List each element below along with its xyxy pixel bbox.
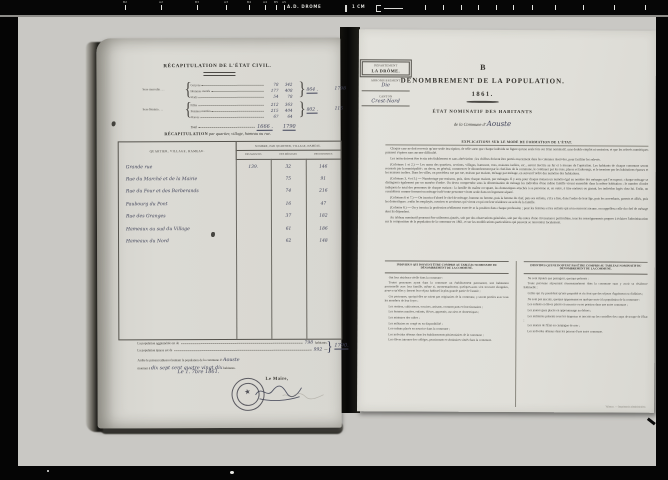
explication-paragraph: (Colonnes 6 et 7.) — On inscrira d'abord… [385, 195, 648, 205]
ruler-tick [471, 0, 485, 10]
pencil-squiggle-icon [282, 391, 326, 401]
ink-blot [112, 121, 116, 126]
date-handwritten: Le 1. 7bre 1861. [177, 369, 219, 375]
table-row: Hameaux du Nord 62 148 [119, 235, 341, 248]
scale-dash-icon [384, 8, 403, 10]
explication-paragraph: Chaque case ne doit recevoir qu'une seul… [385, 146, 648, 156]
group-total: 802 . [307, 108, 318, 114]
table-row: Faubourg du Pont 16 47 [119, 198, 341, 211]
right-page: DÉPARTEMENT LA DRÔME. ARRONDISSEMENT Die… [357, 29, 656, 413]
mairie-stamp: ★ [228, 375, 267, 414]
column-item: Les enfants placés en nourrice dans la c… [384, 327, 508, 332]
maire-label: Le Maire, [265, 376, 288, 381]
table-row: Rue du Marché et de la Mairie 75 91 [119, 173, 341, 186]
etat-civil-row: Veufs 54 78 [191, 94, 293, 100]
column-item: Ont leur résidence réelle dans la commun… [385, 275, 509, 280]
ruler-tick [607, 0, 621, 10]
ruler-tick [638, 0, 652, 10]
col-header-menages: DES MÉNAGES [271, 150, 306, 160]
pencil-note [282, 388, 326, 406]
instruction-columns: INDIVIDUS QUI DOIVENT ÊTRE COMPRIS AU TA… [384, 260, 648, 407]
total-label: Total [191, 125, 197, 129]
column-item: Les militaires en congé ou en disponibil… [384, 321, 508, 326]
table-row: Rue du Four et des Barberands 74 216 [119, 185, 341, 198]
column-right-header: INDIVIDUS QUI NE DOIVENT PAS ÊTRE COMPRI… [524, 261, 648, 274]
attestation: Arrête le présent tableau résumant la po… [137, 357, 337, 373]
column-item: Toutes personnes ayant dans la commune u… [385, 281, 509, 294]
scale-label: 1 CM [352, 4, 365, 9]
quartier-table: QUARTIER, VILLAGE, HAMEAU. NOMBRE, PAR Q… [118, 141, 343, 341]
column-left-header: INDIVIDUS QUI DOIVENT ÊTRE COMPRIS AU TA… [385, 260, 509, 273]
ruler-tick [436, 0, 450, 10]
column-item: Les rentiers, cultivateurs, ouvriers, ar… [385, 304, 509, 309]
series-letter: B [359, 62, 607, 72]
commune-line: de la Commune d’ Aouste [358, 119, 606, 128]
col-header-individus: DES INDIVIDUS [306, 150, 341, 160]
left-page: RÉCAPITULATION DE L'ÉTAT CIVIL. Sexe mas… [96, 38, 341, 429]
printer-imprint: Valence. — Imprimerie administrative. [605, 406, 646, 409]
column-individus-non-compris: INDIVIDUS QUI NE DOIVENT PAS ÊTRE COMPRI… [515, 261, 648, 408]
frame-left [0, 0, 18, 480]
column-item: Les ministres des cultes ; [384, 315, 508, 320]
film-tear-mark [647, 417, 656, 425]
table-row: Rue des Granges 37 182 [119, 210, 341, 223]
column-item: Toute personne séjournant momentanément … [524, 282, 648, 291]
group-extra: 115 [335, 107, 344, 112]
etat-civil-title: RÉCAPITULATION DE L'ÉTAT CIVIL. [106, 64, 328, 70]
brace-close: } [299, 101, 306, 120]
quartier-rows: Grande rue 139. 32 146 Rue du Marché et … [119, 161, 341, 249]
ruler-tick [489, 0, 503, 10]
column-individus-compris: INDIVIDUS QUI DOIVENT ÊTRE COMPRIS AU TA… [384, 260, 509, 407]
group-label: Sexe masculin . . . [142, 87, 164, 91]
explication-paragraph: (Colonnes 1 et 2.) — Les noms des quarti… [385, 162, 648, 176]
table-row: Hameaux au sud du Village 61 186 [119, 223, 341, 236]
brace-total: } [326, 338, 332, 356]
group-total: 864 . [306, 88, 317, 94]
group-extra: 1798 [334, 87, 345, 92]
column-item: Les jeunes gens placés en apprentissage … [524, 308, 648, 313]
column-item: Ne sont pas inscrits, quoique appartenan… [524, 297, 648, 302]
total-extra: 1790 [283, 124, 296, 131]
table-row: Grande rue 139. 32 146 [119, 161, 341, 174]
census-subtitle: ÉTAT NOMINATIF DES HABITANTS [359, 108, 607, 114]
explication-paragraph: Au tableau nominatif pourront être utile… [385, 215, 648, 225]
frame-bottom [0, 466, 668, 480]
explication-paragraph: Les noms doivent être écrits très-lisibl… [385, 156, 648, 162]
archive-label: A.D. DROME [287, 4, 321, 9]
commune-name-handwritten: Aouste [487, 120, 511, 128]
population-eparse-line: La population éparse est de 992 — [137, 348, 327, 354]
microfilm-scan: B2 A2 B3 A3 B4 [0, 0, 668, 480]
column-item: Les marins de l'État en campagne de mer … [523, 323, 647, 328]
column-item: Les élèves internes des colléges, pensio… [384, 338, 508, 343]
ruler-tick [576, 0, 590, 10]
explications-paragraphs: Chaque case ne doit recevoir qu'une seul… [385, 146, 649, 259]
decorative-rule [467, 101, 499, 103]
explication-paragraph: (Colonnes 3, 4 et 5.) — Numérotage par m… [385, 176, 648, 194]
commune-name-handwritten: Aouste [223, 358, 240, 363]
ruler-tick [506, 0, 520, 10]
film-speck [230, 471, 234, 474]
scale-bar-icon [345, 5, 347, 12]
column-item: Les individus détenus dans les établisse… [384, 332, 508, 337]
ruler-tick: B3 [190, 0, 204, 10]
ruler-tick: B2 [118, 0, 132, 10]
explication-paragraph: (Colonne 8.) — On y inscrira la professi… [385, 205, 648, 215]
group-label: Sexe féminin . . . [143, 107, 163, 111]
ruler-tick: A3 [219, 0, 233, 10]
col-header-maisons: DES MAISONS [236, 150, 271, 160]
etat-civil-group-masculin: Sexe masculin . . . { Garçons 78 342 Hom… [142, 82, 322, 83]
canton-handwritten: Crest-Nord [362, 98, 410, 104]
etat-civil-group-feminin: Sexe féminin . . . { Filles 212 363 Femm… [143, 102, 323, 103]
column-item: Les individus détenus dans les prisons d… [523, 329, 647, 334]
column-item: Les militaires présents sous les drapeau… [523, 314, 647, 323]
column-item: Les enfants et élèves placés en nourrice… [524, 302, 648, 307]
title-flourish [203, 72, 235, 76]
ruler-tick: A2 [154, 0, 168, 10]
population-agglomeree-line: La population agglomérée est de 798 habi… [137, 341, 327, 347]
census-year: 1861. [359, 90, 607, 98]
ruler-tick [525, 0, 539, 10]
etat-civil-rows: Garçons 78 342 Hommes mariés 177 408 Veu [190, 82, 292, 100]
population-total: 1790. [334, 343, 348, 350]
quartier-title: RÉCAPITULATION par quartier, village, ha… [107, 131, 329, 137]
brace-close: } [298, 81, 305, 100]
ruler-tick: B4 [242, 0, 256, 10]
column-item: Ces personnes, quoiqu'elles ne soient pa… [385, 294, 509, 303]
census-title: DÉNOMBREMENT DE LA POPULATION. [359, 76, 607, 85]
column-item: Celles qui n'y possèdent qu'une propriét… [524, 291, 648, 296]
etat-civil-row: Veuves 67 64 [191, 114, 293, 120]
scale-bracket-icon [376, 5, 381, 12]
ruler-tick [454, 0, 468, 10]
ruler-tick [418, 0, 432, 10]
frame-right [656, 0, 668, 480]
total-value: 1666 . [257, 124, 273, 131]
film-ruler: B2 A2 B3 A3 B4 [0, 0, 668, 17]
film-speck [47, 470, 49, 472]
etat-civil-rows: Filles 212 363 Femmes mariées 215 404 Ve [191, 102, 293, 120]
ruler-tick [548, 0, 562, 10]
column-item: Ne sont réputés que passagers, quoique p… [524, 276, 648, 281]
column-item: Les femmes mariées, enfants, élèves, app… [385, 310, 509, 315]
col-header-quartier: QUARTIER, VILLAGE, HAMEAU. [119, 142, 237, 159]
